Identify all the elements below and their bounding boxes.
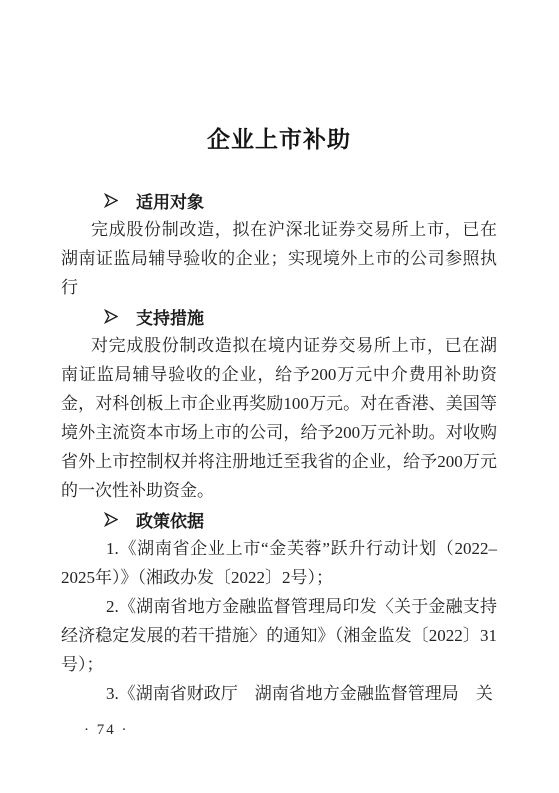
paragraph-support-measures: 对完成股份制改造拟在境内证券交易所上市，已在湖南证监局辅导验收的企业，给予200… [61, 331, 497, 505]
section-policy-basis: 政策依据 1.《湖南省企业上市“金芙蓉”跃升行动计划（2022–2025年）》（… [61, 505, 497, 708]
section-support-measures: 支持措施 对完成股份制改造拟在境内证券交易所上市，已在湖南证监局辅导验收的企业，… [61, 302, 497, 505]
heading-label: 适用对象 [136, 188, 204, 213]
policy-item-3: 3.《湖南省财政厅 湖南省地方金融监督管理局 关 [61, 679, 497, 708]
arrow-bullet-icon [104, 193, 118, 208]
heading-policy-basis: 政策依据 [61, 505, 497, 534]
document-title: 企业上市补助 [61, 0, 497, 154]
heading-support-measures: 支持措施 [61, 302, 497, 331]
arrow-bullet-icon [104, 309, 118, 324]
section-applicable-targets: 适用对象 完成股份制改造，拟在沪深北证券交易所上市，已在湖南证监局辅导验收的企业… [61, 186, 497, 302]
heading-label: 政策依据 [136, 507, 204, 532]
paragraph-applicable-targets: 完成股份制改造，拟在沪深北证券交易所上市，已在湖南证监局辅导验收的企业；实现境外… [61, 215, 497, 302]
policy-item-1: 1.《湖南省企业上市“金芙蓉”跃升行动计划（2022–2025年）》（湘政办发〔… [61, 534, 497, 592]
heading-label: 支持措施 [136, 304, 204, 329]
policy-item-2: 2.《湖南省地方金融监督管理局印发〈关于金融支持经济稳定发展的若干措施〉的通知》… [61, 592, 497, 679]
heading-applicable-targets: 适用对象 [61, 186, 497, 215]
arrow-bullet-icon [104, 512, 118, 527]
document-page: 企业上市补助 适用对象 完成股份制改造，拟在沪深北证券交易所上市，已在湖南证监局… [0, 0, 559, 793]
page-number: · 74 · [84, 723, 129, 738]
